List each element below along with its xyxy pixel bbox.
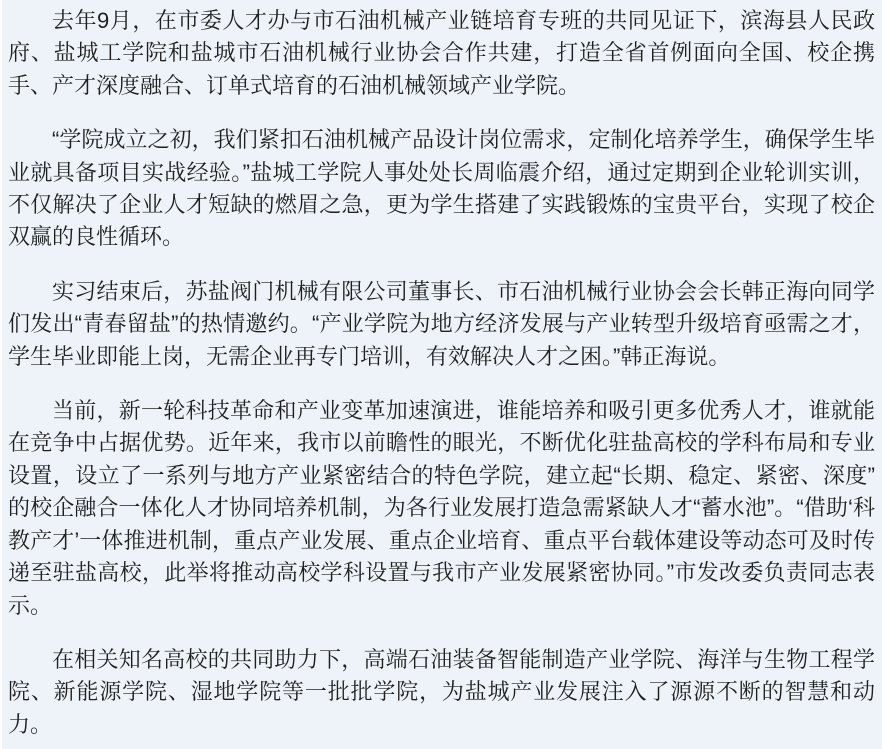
article-paragraph-1: 去年9月，在市委人才办与市石油机械产业链培育专班的共同见证下，滨海县人民政府、盐… [8,5,875,102]
article-paragraph-3: 实习结束后，苏盐阀门机械有限公司董事长、市石油机械行业协会会长韩正海向同学们发出… [8,276,875,373]
news-article-body: 去年9月，在市委人才办与市石油机械产业链培育专班的共同见证下，滨海县人民政府、盐… [8,5,875,741]
article-paragraph-2: “学院成立之初，我们紧扣石油机械产品设计岗位需求，定制化培养学生，确保学生毕业就… [8,124,875,254]
article-page: 去年9月，在市委人才办与市石油机械产业链培育专班的共同见证下，滨海县人民政府、盐… [0,0,882,749]
article-paragraph-5: 在相关知名高校的共同助力下，高端石油装备智能制造产业学院、海洋与生物工程学院、新… [8,644,875,741]
article-paragraph-4: 当前，新一轮科技革命和产业变革加速演进，谁能培养和吸引更多优秀人才，谁就能在竞争… [8,395,875,622]
